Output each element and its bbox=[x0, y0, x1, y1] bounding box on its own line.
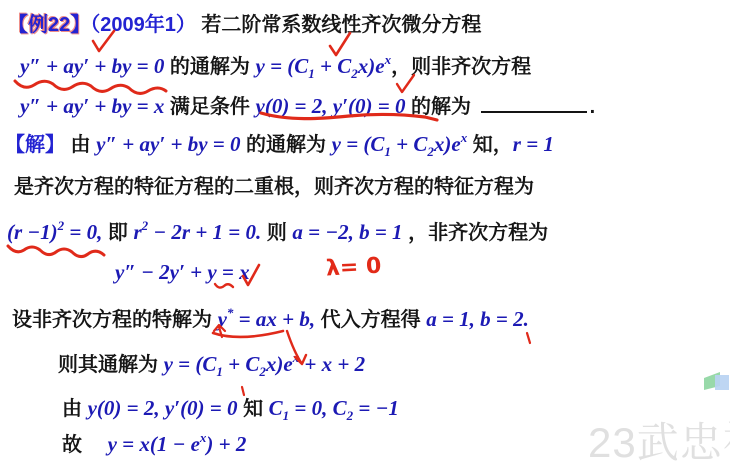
full-general-solution: + x + 2 bbox=[299, 352, 365, 376]
constants-values: = 0, C bbox=[289, 396, 346, 420]
exam-year-label: （2009年1） bbox=[90, 14, 196, 36]
constants-values: = −1 bbox=[353, 396, 399, 420]
characteristic-equation: = 0, bbox=[64, 220, 102, 244]
text-then: 则 bbox=[261, 222, 292, 244]
general-solution-formula: + C bbox=[391, 132, 427, 156]
solution-line-6: 则其通解为 y = (C1 + C2x)ex + x + 2 bbox=[58, 348, 365, 380]
homogeneous-equation: y″ + ay′ + by = 0 bbox=[20, 54, 164, 78]
final-answer: ) + 2 bbox=[206, 432, 246, 456]
expanded-equation: − 2r + 1 = 0. bbox=[148, 220, 261, 244]
text-satisfies-conditions: 满足条件 bbox=[164, 96, 255, 118]
text-double-root: 是齐次方程的特征方程的二重根，则齐次方程的特征方程为 bbox=[14, 176, 534, 198]
problem-line-2: y″ + ay′ + by = x 满足条件 y(0) = 2, y′(0) =… bbox=[20, 90, 595, 119]
text-from: 由 bbox=[65, 134, 96, 156]
initial-conditions: y(0) = 2, y′(0) = 0 bbox=[88, 396, 238, 420]
lambda-annotation: λ= 0 bbox=[325, 254, 382, 282]
problem-header-line: 【例22】（2009年1） 若二阶常系数线性齐次微分方程 bbox=[8, 8, 481, 37]
text-general-solution: 的通解为 bbox=[164, 56, 255, 78]
general-solution-formula: y = (C bbox=[332, 132, 385, 156]
solution-line-1: 【解】 由 y″ + ay′ + by = 0 的通解为 y = (C1 + C… bbox=[5, 128, 554, 160]
watermark-text: 23武忠祥 bbox=[588, 410, 730, 465]
particular-solution: = ax + b, bbox=[233, 307, 315, 331]
full-general-solution: + C bbox=[223, 352, 259, 376]
constants-values: C bbox=[269, 396, 283, 420]
text-know: 知， bbox=[467, 134, 513, 156]
general-solution-formula: x)e bbox=[434, 132, 461, 156]
final-answer: y = x(1 − e bbox=[108, 432, 200, 456]
solution-line-3: (r −1)2 = 0, 即 r2 − 2r + 1 = 0. 则 a = −2… bbox=[7, 216, 548, 245]
initial-conditions: y(0) = 2, y′(0) = 0 bbox=[256, 94, 406, 118]
period: . bbox=[590, 96, 596, 118]
solution-line-5: 设非齐次方程的特解为 y* = ax + b, 代入方程得 a = 1, b =… bbox=[12, 303, 529, 332]
general-solution-formula: x)e bbox=[358, 54, 385, 78]
characteristic-equation: (r −1) bbox=[7, 220, 58, 244]
text-general-solution-is: 则其通解为 bbox=[58, 354, 164, 376]
red-tick-icon bbox=[527, 333, 530, 343]
root-value: r = 1 bbox=[513, 132, 554, 156]
wavy-underline-icon bbox=[8, 246, 104, 257]
solution-line-8: 故 y = x(1 − ex) + 2 bbox=[62, 428, 246, 457]
flag-icon bbox=[702, 369, 730, 395]
nonhomogeneous-equation: y″ + ay′ + by = x bbox=[20, 94, 164, 118]
full-general-solution: x)e bbox=[266, 352, 293, 376]
coefficient-values: a = −2, b = 1 bbox=[292, 220, 402, 244]
homogeneous-equation: y″ + ay′ + by = 0 bbox=[96, 132, 240, 156]
full-general-solution: y = (C bbox=[164, 352, 217, 376]
lecture-slide-page: 【例22】（2009年1） 若二阶常系数线性齐次微分方程 y″ + ay′ + … bbox=[0, 0, 730, 465]
solution-label: 【解】 bbox=[5, 134, 65, 156]
expanded-equation: r bbox=[133, 220, 141, 244]
text-general-solution: 的通解为 bbox=[241, 134, 332, 156]
text-therefore: 故 bbox=[62, 434, 108, 456]
general-solution-formula: + C bbox=[315, 54, 351, 78]
text-substitute: 代入方程得 bbox=[315, 309, 426, 331]
text-solution-is: 的解为 bbox=[405, 96, 476, 118]
flag-blue-part bbox=[715, 375, 729, 390]
reduced-equation: y″ − 2y′ + y = x bbox=[115, 260, 250, 284]
solution-line-4: y″ − 2y′ + y = x bbox=[115, 260, 250, 285]
general-solution-formula: y = (C bbox=[256, 54, 309, 78]
text-particular-solution: 设非齐次方程的特解为 bbox=[12, 309, 218, 331]
text-then-nonhomogeneous: ，则非齐次方程 bbox=[391, 56, 531, 78]
particular-solution: y bbox=[218, 307, 227, 331]
text-know: 知 bbox=[238, 398, 269, 420]
text-nonhomogeneous-is: ，非齐次方程为 bbox=[403, 222, 549, 244]
problem-title-text: 若二阶常系数线性齐次微分方程 bbox=[196, 14, 482, 36]
problem-line-1: y″ + ay′ + by = 0 的通解为 y = (C1 + C2x)ex，… bbox=[20, 50, 531, 82]
solution-line-2: 是齐次方程的特征方程的二重根，则齐次方程的特征方程为 bbox=[14, 170, 534, 199]
example-number-label: 【例22】 bbox=[8, 14, 90, 36]
text-from: 由 bbox=[62, 398, 88, 420]
text-that-is: 即 bbox=[102, 222, 133, 244]
solution-line-7: 由 y(0) = 2, y′(0) = 0 知 C1 = 0, C2 = −1 bbox=[62, 392, 399, 424]
ab-values: a = 1, b = 2. bbox=[426, 307, 529, 331]
answer-blank bbox=[481, 105, 587, 113]
